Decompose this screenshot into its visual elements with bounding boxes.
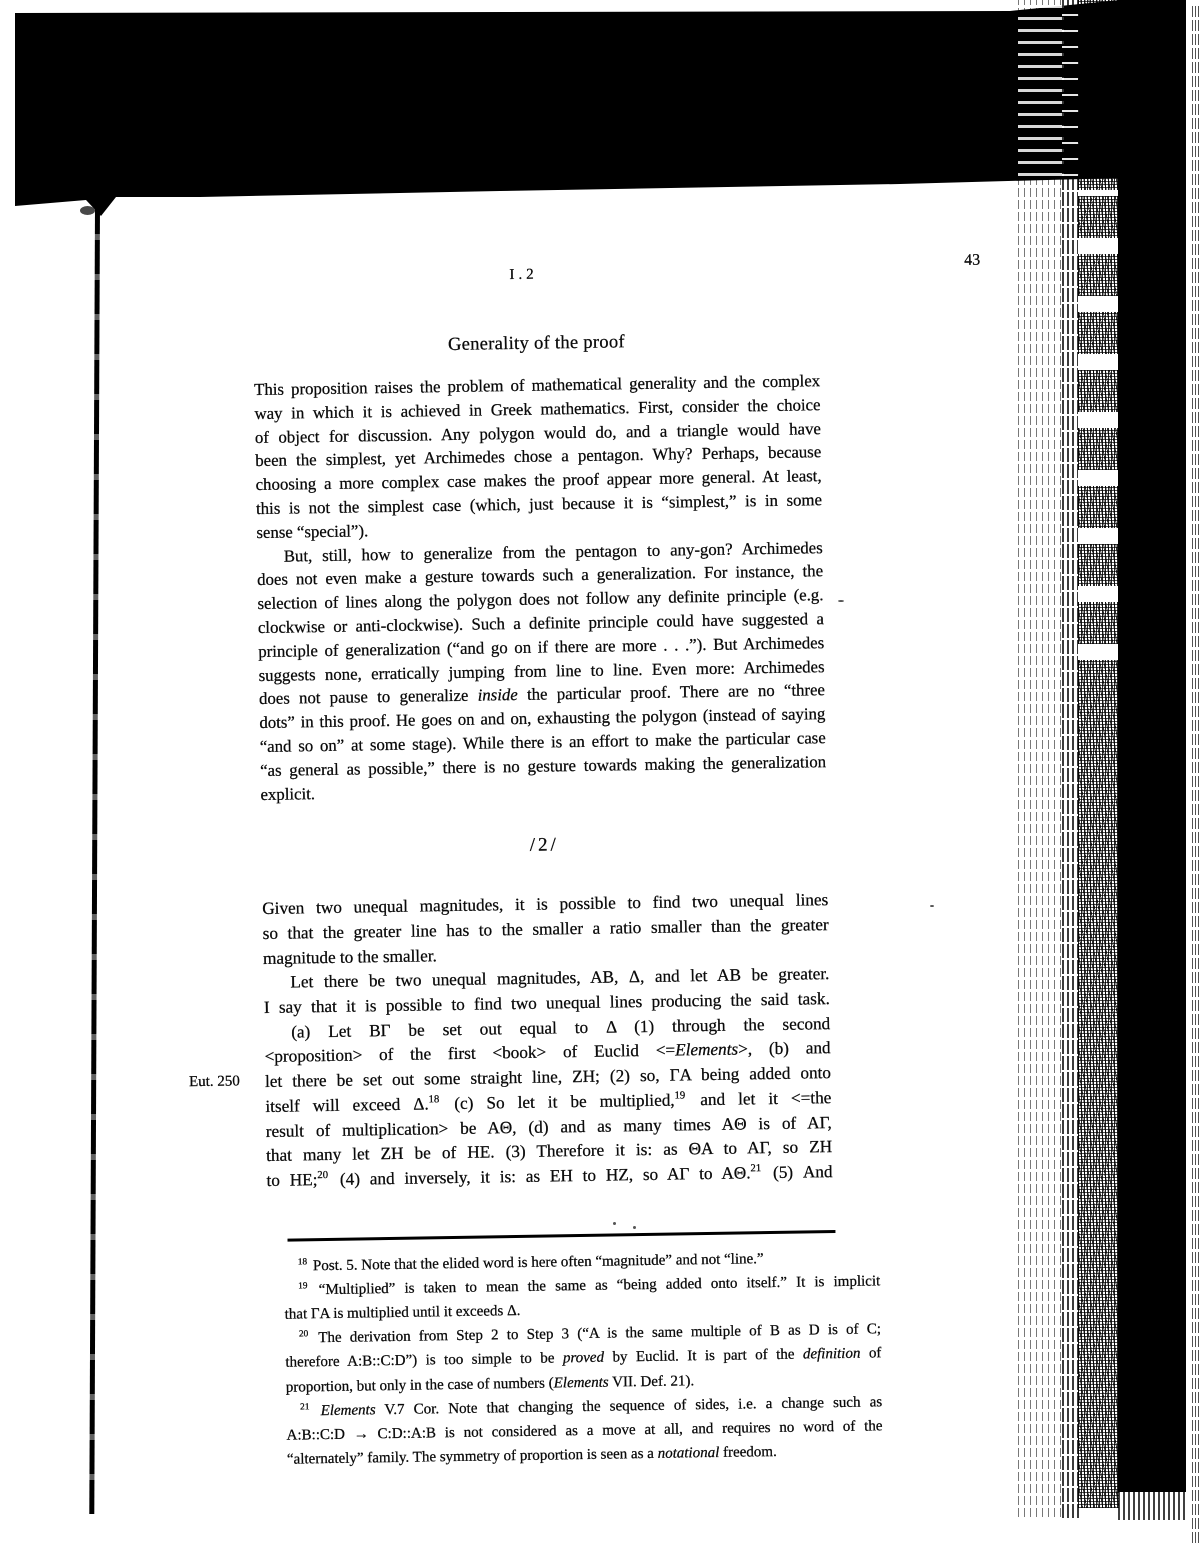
proposition-divider: /2/ [261, 828, 827, 862]
proposition-paragraph: Let there be two unequal magnitudes, AB,… [263, 963, 830, 1021]
margin-note: Eut. 250 [189, 1073, 240, 1091]
footnote-21: 21 Elements V.7 Cor. Note that changing … [286, 1390, 883, 1472]
page-number: 43 [964, 252, 980, 270]
footnote-20: 20 The derivation from Step 2 to Step 3 … [285, 1317, 882, 1399]
commentary-block: This proposition raises the problem of m… [254, 369, 827, 806]
commentary-paragraph: This proposition raises the problem of m… [254, 369, 823, 544]
section-heading: Generality of the proof [253, 326, 819, 362]
page-content: I.2 43 Eut. 250 Generality of the proof … [0, 0, 1200, 1552]
proposition-block: Given two unequal magnitudes, it is poss… [262, 888, 833, 1193]
running-head-section: I.2 [509, 267, 538, 284]
proposition-paragraph: Given two unequal magnitudes, it is poss… [262, 888, 829, 971]
scanned-book-page: { "scan": { "ink_color": "#000000", "pap… [0, 0, 1200, 1552]
text-column: Generality of the proof This proposition… [253, 326, 837, 1472]
proposition-paragraph: (a) Let BΓ be set out equal to Δ (1) thr… [264, 1012, 833, 1194]
footnotes-block: 18 Post. 5. Note that the elided word is… [284, 1245, 883, 1472]
commentary-paragraph: But, still, how to generalize from the p… [257, 536, 827, 807]
footnote-rule [287, 1230, 835, 1242]
